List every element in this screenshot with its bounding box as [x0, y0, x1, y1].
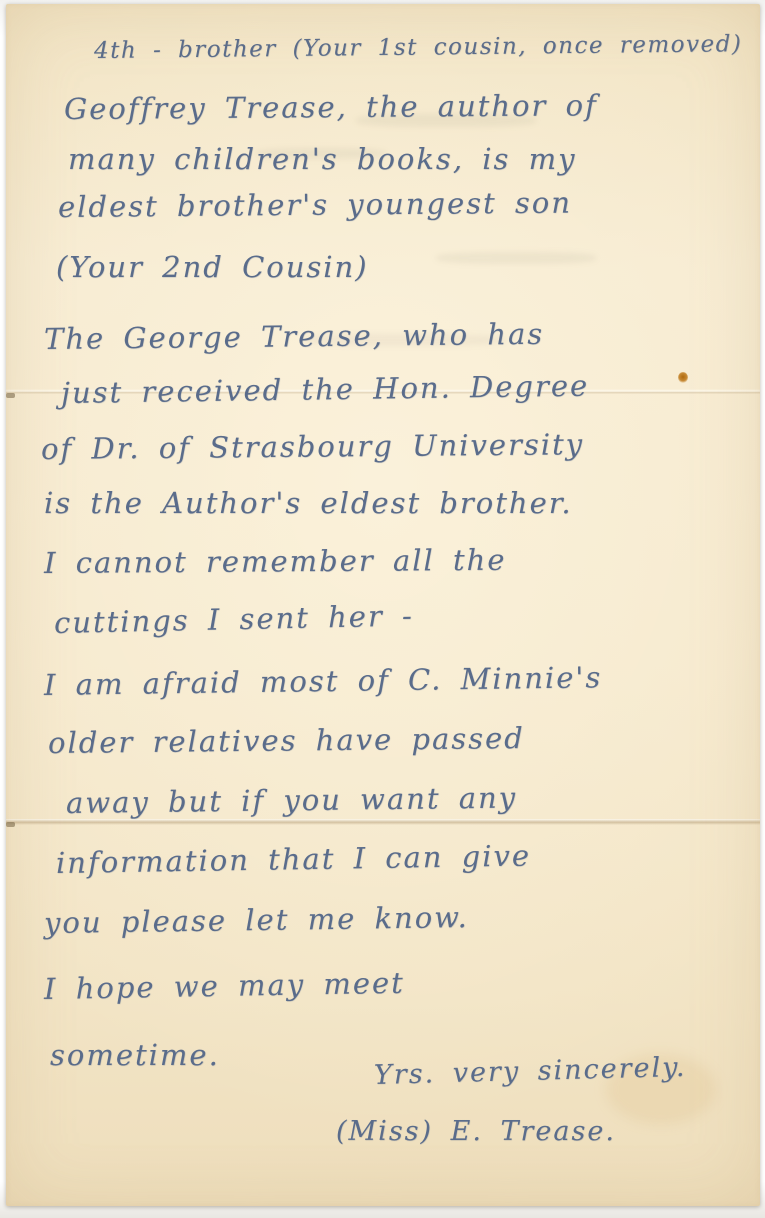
signature: (Miss) E. Trease. [336, 1116, 616, 1147]
letter-line: eldest brother's youngest son [58, 186, 572, 224]
paper-edge-nick [6, 393, 15, 398]
letter-line: away but if you want any [66, 780, 517, 820]
letter-line: sometime. [50, 1038, 220, 1072]
letter-line: The George Trease, who has [44, 317, 545, 356]
letter-line: 4th - brother (Your 1st cousin, once rem… [94, 31, 743, 64]
letter-line: many children's books, is my [68, 142, 577, 176]
ink-bleedthrough-mark [436, 252, 596, 264]
letter-line: is the Author's eldest brother. [44, 486, 573, 520]
letter-line: cuttings I sent her - [54, 598, 414, 640]
letter-line: information that I can give [56, 839, 532, 880]
letter-line: Geoffrey Trease, the author of [64, 88, 598, 126]
letter-line: you please let me know. [44, 900, 469, 940]
letter-line: I am afraid most of C. Minnie's [44, 660, 603, 702]
letter-line: I cannot remember all the [44, 543, 507, 580]
letter-line: (Your 2nd Cousin) [56, 250, 369, 284]
foxing-spot [678, 372, 688, 383]
letter-page: 4th - brother (Your 1st cousin, once rem… [6, 4, 760, 1206]
scan-background: 4th - brother (Your 1st cousin, once rem… [0, 0, 765, 1218]
fold-crease-lower [6, 819, 760, 825]
paper-edge-nick [6, 822, 15, 827]
letter-line: older relatives have passed [48, 721, 525, 760]
letter-line: just received the Hon. Degree [61, 369, 590, 410]
letter-line: I hope we may meet [44, 966, 405, 1006]
letter-line: of Dr. of Strasbourg University [41, 427, 584, 466]
